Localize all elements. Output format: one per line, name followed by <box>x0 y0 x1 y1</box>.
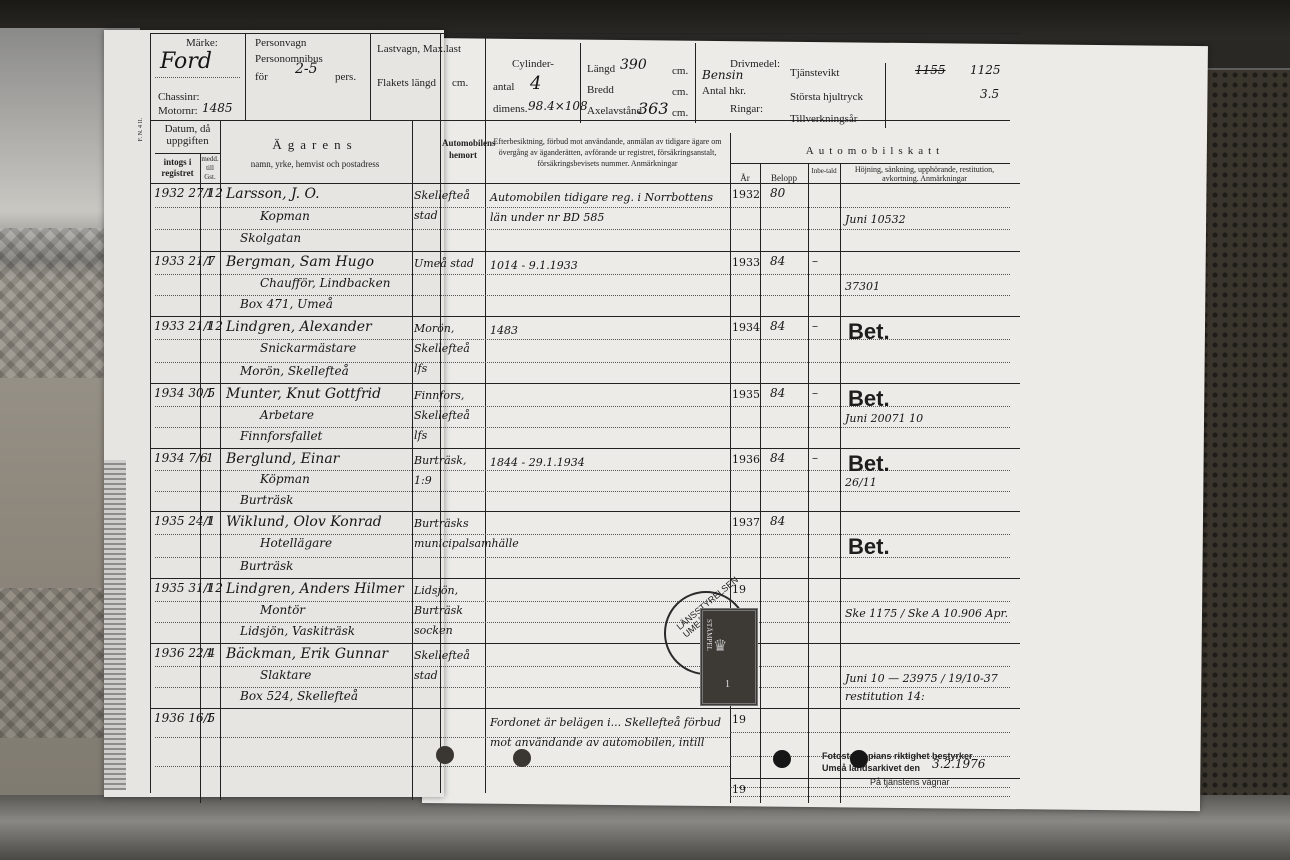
owner-hemort: Burträsks municipalsamhälle <box>414 514 484 554</box>
certification-line2: Umeå landsarkivet den <box>822 763 920 773</box>
chassinr-label: Chassinr: <box>158 91 200 103</box>
paid-stamp: Bet. <box>848 386 890 412</box>
tax-remark: Juni 20071 10 <box>845 410 1015 428</box>
antal-hkr-label: Antal hkr. <box>702 85 746 97</box>
langd-value: 390 <box>620 57 647 73</box>
tax-row: 1936 84 – Bet. 26/11 <box>730 448 1020 512</box>
cm-label: cm. <box>452 77 468 89</box>
paid-stamp: Bet. <box>848 319 890 345</box>
tax-remark: 26/11 <box>845 474 1015 492</box>
bredd-label: Bredd <box>587 84 614 96</box>
owner-address: Lidsjön, Vaskiträsk <box>240 624 355 638</box>
tax-row: 1933 84 – 37301 <box>730 251 1020 317</box>
owner-hemort: Burträsk, 1:9 <box>414 451 484 491</box>
tax-year: 1935 <box>732 388 760 401</box>
marke-label: Märke: <box>186 37 218 49</box>
owner-address: Burträsk <box>240 493 293 507</box>
owner-row: 1933 21/12 1 Lindgren, Alexander Snickar… <box>150 316 730 384</box>
owner-medd: 1 <box>206 319 214 333</box>
owner-name: Wiklund, Olov Konrad <box>226 514 382 530</box>
intogs-label: intogs i registret <box>155 157 200 179</box>
tax-amount: 84 <box>770 254 785 268</box>
owner-occupation: Arbetare <box>260 408 314 422</box>
owner-name: Bergman, Sam Hugo <box>226 254 374 270</box>
owner-medd: 1 <box>206 186 214 200</box>
three-crowns-icon: ♛ <box>713 636 727 656</box>
owner-occupation: Köpman <box>260 472 310 486</box>
form-code: F. N. 4 II. <box>138 118 144 141</box>
owner-notes: 1014 - 9.1.1933 <box>490 256 725 276</box>
tax-paid: – <box>812 254 818 268</box>
owner-address: Box 524, Skellefteå <box>240 689 358 703</box>
owner-hemort: Morön, Skellefteå lfs <box>414 319 484 379</box>
punch-hole <box>773 750 791 768</box>
tax-row: 19 Ske 1175 / Ske A 10.906 Apr. <box>730 578 1020 644</box>
owner-name: Lindgren, Anders Hilmer <box>226 581 404 597</box>
antal-value: 4 <box>530 73 541 94</box>
certification-date: 3.2.1976 <box>932 757 985 771</box>
tax-amount: 84 <box>770 514 785 528</box>
tax-row: 1935 84 – Bet. Juni 20071 10 <box>730 383 1020 449</box>
owner-row: 1933 21/7 1 Bergman, Sam Hugo Chaufför, … <box>150 251 730 317</box>
tax-paid: – <box>812 451 818 465</box>
axelavstand-label: Axelavstånd <box>587 105 642 117</box>
skatt-title: Automobilskatt <box>750 145 1000 157</box>
scan-noise <box>104 460 126 790</box>
tax-year: 1937 <box>732 516 760 529</box>
tax-year: 19 <box>732 713 746 726</box>
langd-label: Längd <box>587 63 615 75</box>
inbetald-label: Inbe-tald <box>808 167 840 176</box>
owner-occupation: Hotellägare <box>260 536 332 550</box>
tax-year: 19 <box>732 783 746 796</box>
personvagn-label: Personvagn <box>255 37 306 49</box>
owner-row: 1934 7/6 1 Berglund, Einar Köpman Burträ… <box>150 448 730 512</box>
owner-medd: 1 <box>206 646 214 660</box>
tax-row: 1934 84 – Bet. <box>730 316 1020 384</box>
tax-remark: 37301 <box>845 278 1015 296</box>
lastvagn-label: Lastvagn, Max.last <box>377 43 461 55</box>
certification-line3: På tjänstens vägnar <box>870 777 950 787</box>
owner-hemort: Umeå stad <box>414 254 484 274</box>
belopp-label: Belopp <box>760 173 808 183</box>
hojning-label: Höjning, sänkning, upphörande, restituti… <box>842 165 1007 183</box>
owner-occupation: Snickarmästare <box>260 341 356 355</box>
owner-name: Larsson, J. O. <box>226 186 320 202</box>
storsta-hjultryck-value: 3.5 <box>980 87 999 101</box>
owner-occupation: Kopman <box>260 209 310 223</box>
storsta-hjultryck-label: Största hjultryck <box>790 91 863 103</box>
owner-occupation: Montör <box>260 603 305 617</box>
revenue-stamp: STÄMPEL ♛ 1 <box>700 608 758 706</box>
for-label: för <box>255 71 268 83</box>
pers-value: 2-5 <box>295 61 318 77</box>
hemort-label: Automobilens hemort <box>442 137 484 161</box>
motornr-label: Motornr: <box>158 105 198 117</box>
owner-address: Morön, Skellefteå <box>240 364 349 378</box>
owner-address: Box 471, Umeå <box>240 297 333 311</box>
owner-occupation: Slaktare <box>260 668 311 682</box>
tax-remark: Ske 1175 / Ske A 10.906 Apr. <box>845 605 1015 623</box>
tax-paid: – <box>812 319 818 333</box>
tax-row: Juni 10 — 23975 / 19/10-37 restitution 1… <box>730 643 1020 709</box>
tax-amount: 84 <box>770 386 785 400</box>
owner-hemort: Finnfors, Skellefteå lfs <box>414 386 484 446</box>
antal-label: antal <box>493 81 514 93</box>
cm-label: cm. <box>672 65 688 77</box>
owner-medd: 1 <box>206 581 214 595</box>
owner-notes: Automobilen tidigare reg. i Norrbottens … <box>490 188 725 228</box>
tax-paid: – <box>812 386 818 400</box>
tjanstevikt-value: 1155 <box>915 63 946 77</box>
owner-notes: 1844 - 29.1.1934 <box>490 453 725 473</box>
owner-address: Finnforsfallet <box>240 429 322 443</box>
owner-date: 1934 7/6 <box>154 451 208 465</box>
owner-notes: Fordonet är belägen i... Skellefteå förb… <box>490 713 725 753</box>
cm-label: cm. <box>672 107 688 119</box>
datum-label: Datum, då uppgiften <box>155 123 220 147</box>
cm-label: cm. <box>672 86 688 98</box>
owner-row: 1936 22/4 1 Bäckman, Erik Gunnar Slaktar… <box>150 643 730 709</box>
tax-row: 1932 80 Juni 10532 <box>730 183 1020 252</box>
owner-name: Munter, Knut Gottfrid <box>226 386 381 402</box>
owner-hemort: Skellefteå stad <box>414 646 484 686</box>
tax-year: 1932 <box>732 188 760 201</box>
tax-year: 1936 <box>732 453 760 466</box>
owner-row: 1932 27/12 1 Larsson, J. O. Kopman Skolg… <box>150 183 730 252</box>
tjanstevikt-label: Tjänstevikt <box>790 67 840 79</box>
punch-hole <box>436 746 454 764</box>
tax-amount: 84 <box>770 319 785 333</box>
drivmedel-value: Bensin <box>702 68 743 82</box>
tax-row: 1937 84 Bet. <box>730 511 1020 579</box>
punch-hole <box>850 750 868 768</box>
agarens-sub: namn, yrke, hemvist och postadress <box>220 159 410 169</box>
owner-medd: 1 <box>206 451 214 465</box>
owner-occupation: Chaufför, Lindbacken <box>260 276 390 290</box>
tax-amount: 80 <box>770 186 785 200</box>
owner-address: Skolgatan <box>240 231 301 245</box>
cylinder-label: Cylinder- <box>512 58 554 70</box>
owner-notes: 1483 <box>490 321 725 341</box>
tax-remark: Juni 10532 <box>845 211 1015 229</box>
tillverkningsar-label: Tillverkningsår <box>790 113 857 125</box>
ringar-label: Ringar: <box>730 103 763 115</box>
ar-label: År <box>732 173 758 183</box>
pers-label: pers. <box>335 71 356 83</box>
tax-remark: Juni 10 — 23975 / 19/10-37 restitution 1… <box>845 670 1015 706</box>
owner-row: 1934 30/5 1 Munter, Knut Gottfrid Arbeta… <box>150 383 730 449</box>
motornr-value: 1485 <box>202 101 233 115</box>
owner-medd: 1 <box>206 386 214 400</box>
owner-name: Berglund, Einar <box>226 451 339 467</box>
paid-stamp: Bet. <box>848 534 890 560</box>
dimens-value: 98.4×108 <box>528 99 588 113</box>
tax-year: 1934 <box>732 321 760 334</box>
owner-hemort: Skellefteå stad <box>414 186 484 226</box>
agarens-title: Ägarens <box>220 137 410 153</box>
tjanstevikt-value-2: 1125 <box>970 63 1001 77</box>
owner-address: Burträsk <box>240 559 293 573</box>
owner-row: 1935 31/12 1 Lindgren, Anders Hilmer Mon… <box>150 578 730 644</box>
efterbesiktning-label: Efterbesiktning, förbud mot användande, … <box>490 136 725 169</box>
flakets-langd-label: Flakets längd <box>377 77 436 89</box>
punch-hole <box>513 749 531 767</box>
axelavstand-value: 363 <box>638 99 669 118</box>
owner-medd: 1 <box>206 254 214 268</box>
owner-medd: 1 <box>206 514 214 528</box>
tax-amount: 84 <box>770 451 785 465</box>
owner-name: Lindgren, Alexander <box>226 319 372 335</box>
owner-hemort: Lidsjön, Burträsk socken <box>414 581 484 641</box>
registration-form: F. N. 4 II. Märke: Ford Chassinr: Motorn… <box>150 33 1030 803</box>
marke-value: Ford <box>160 49 212 74</box>
owner-name: Bäckman, Erik Gunnar <box>226 646 388 662</box>
owner-medd: 1 <box>206 711 214 725</box>
dimens-label: dimens. <box>493 103 528 115</box>
medd-label: medd. till Gst. <box>200 155 220 182</box>
tax-year: 1933 <box>732 256 760 269</box>
owner-row: 1935 24/1 1 Wiklund, Olov Konrad Hotellä… <box>150 511 730 579</box>
